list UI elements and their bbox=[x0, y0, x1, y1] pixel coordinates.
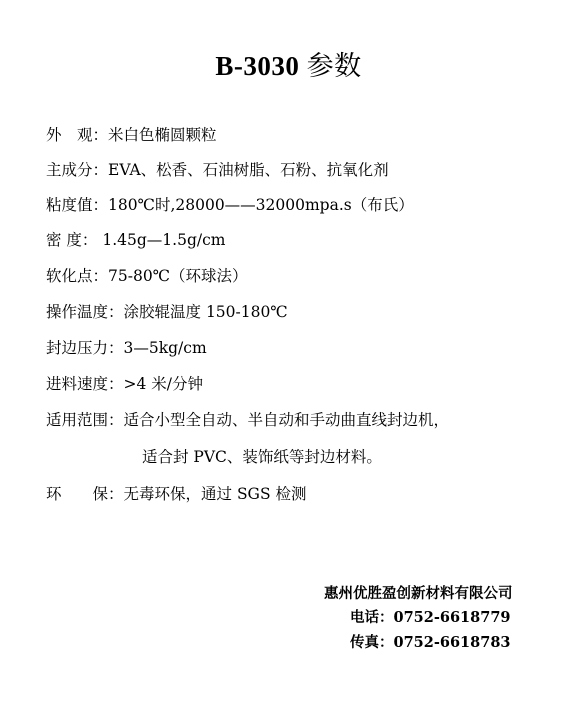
spec-value: 无毒环保，通过 SGS 检测 bbox=[124, 485, 307, 503]
spec-value: 涂胶辊温度 150-180℃ bbox=[124, 303, 288, 321]
spec-operating-temperature: 操作温度：涂胶辊温度 150-180℃ bbox=[46, 302, 288, 322]
spec-label: 环 保： bbox=[46, 484, 124, 504]
spec-label: 适用范围： bbox=[46, 410, 124, 430]
spec-appearance: 外 观：米白色椭圆颗粒 bbox=[46, 125, 217, 145]
page-title: B-3030 参数 bbox=[0, 44, 577, 83]
spec-value: >4 米/分钟 bbox=[124, 375, 204, 393]
spec-feed-speed: 进料速度：>4 米/分钟 bbox=[46, 374, 203, 394]
spec-value: 180℃时,28000——32000mpa.s（布氏） bbox=[108, 196, 414, 214]
spec-value: EVA、松香、石油树脂、石粉、抗氧化剂 bbox=[108, 161, 389, 179]
spec-viscosity: 粘度值：180℃时,28000——32000mpa.s（布氏） bbox=[46, 195, 414, 215]
product-code: B-3030 bbox=[215, 51, 299, 81]
spec-edge-pressure: 封边压力：3—5kg/cm bbox=[46, 338, 207, 358]
spec-composition: 主成分：EVA、松香、石油树脂、石粉、抗氧化剂 bbox=[46, 160, 389, 180]
spec-label: 外 观： bbox=[46, 125, 108, 145]
spec-application: 适用范围：适合小型全自动、半自动和手动曲直线封边机， bbox=[46, 410, 449, 430]
spec-density: 密 度： 1.45g—1.5g/cm bbox=[46, 230, 225, 250]
spec-value: 1.45g—1.5g/cm bbox=[97, 231, 225, 249]
spec-label: 密 度： bbox=[46, 230, 97, 250]
spec-label: 主成分： bbox=[46, 160, 108, 180]
spec-label: 软化点： bbox=[46, 266, 108, 286]
phone-number: 电话：0752-6618779 bbox=[350, 608, 511, 628]
spec-value: 75-80℃（环球法） bbox=[108, 267, 248, 285]
spec-softening-point: 软化点：75-80℃（环球法） bbox=[46, 266, 248, 286]
spec-environmental: 环 保：无毒环保，通过 SGS 检测 bbox=[46, 484, 307, 504]
spec-label: 进料速度： bbox=[46, 374, 124, 394]
spec-value: 米白色椭圆颗粒 bbox=[108, 126, 217, 144]
spec-label: 粘度值： bbox=[46, 195, 108, 215]
spec-label: 封边压力： bbox=[46, 338, 124, 358]
company-name: 惠州优胜盈创新材料有限公司 bbox=[324, 584, 513, 604]
fax-number: 传真：0752-6618783 bbox=[350, 633, 511, 653]
spec-value: 适合封 PVC、装饰纸等封边材料。 bbox=[142, 448, 382, 466]
spec-value: 3—5kg/cm bbox=[124, 339, 207, 357]
spec-label: 操作温度： bbox=[46, 302, 124, 322]
title-suffix: 参数 bbox=[307, 51, 362, 82]
spec-application-continued: 适合封 PVC、装饰纸等封边材料。 bbox=[142, 447, 382, 467]
spec-value: 适合小型全自动、半自动和手动曲直线封边机， bbox=[124, 411, 450, 429]
